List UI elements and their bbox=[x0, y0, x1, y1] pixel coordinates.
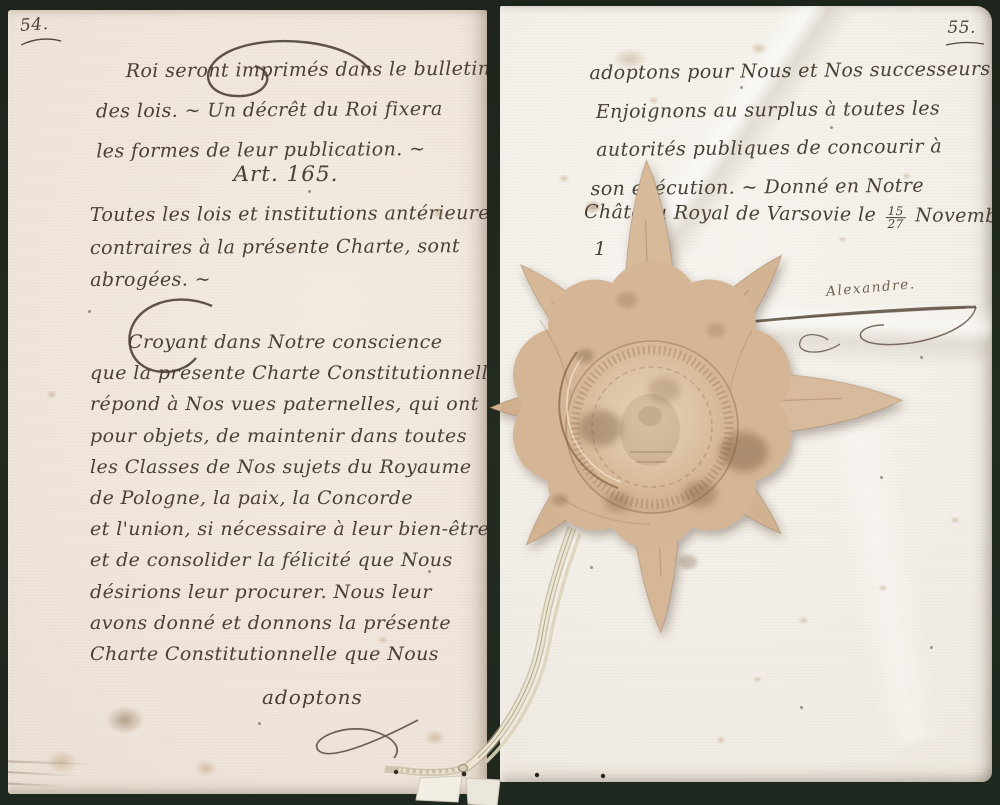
stain bbox=[838, 236, 847, 243]
manuscript-line: répond à Nos vues paternelles, qui ont bbox=[90, 389, 487, 420]
speck bbox=[800, 706, 803, 709]
left-paragraph-1: Roi seront imprimés dans le bulletin des… bbox=[96, 49, 487, 172]
page-number-right: 55. bbox=[947, 18, 976, 38]
manuscript-line: des lois. ~ Un décrêt du Roi fixera bbox=[96, 89, 487, 132]
speck bbox=[700, 526, 703, 529]
stain bbox=[950, 516, 960, 524]
right-paragraph: adoptons pour Nous et Nos successeurs. ~… bbox=[589, 50, 991, 208]
stain bbox=[753, 676, 762, 683]
manuscript-spread: 54. Roi seront imprimés dans le bulletin… bbox=[0, 0, 1000, 805]
date-new-style: 27 bbox=[885, 218, 905, 229]
stain bbox=[46, 390, 57, 399]
page-number-underline-flourish bbox=[19, 33, 64, 48]
stain bbox=[716, 736, 726, 744]
speck bbox=[258, 722, 261, 725]
date-prefix: Château Royal de Varsovie le bbox=[584, 201, 876, 226]
paper-crease bbox=[720, 402, 992, 769]
stain bbox=[798, 616, 809, 625]
paper-crease bbox=[554, 230, 992, 411]
left-page: 54. Roi seront imprimés dans le bulletin… bbox=[8, 10, 487, 794]
manuscript-line: avons donné et donnons la présente bbox=[90, 608, 487, 639]
date-month: Novembre bbox=[915, 204, 992, 227]
date-line: Château Royal de Varsovie le 15 27 Novem… bbox=[584, 201, 992, 230]
speck bbox=[590, 566, 593, 569]
stain bbox=[756, 286, 767, 295]
manuscript-line: les Classes de Nos sujets du Royaume bbox=[90, 452, 487, 483]
stain bbox=[106, 706, 144, 734]
stain bbox=[194, 760, 218, 777]
speck bbox=[930, 646, 933, 649]
manuscript-line: contraires à la présente Charte, sont bbox=[90, 229, 487, 264]
left-paragraph-2: Toutes les lois et institutions antérieu… bbox=[90, 197, 487, 297]
manuscript-line: désirions leur procurer. Nous leur bbox=[90, 577, 487, 608]
manuscript-line: Croyant dans Notre conscience bbox=[90, 327, 487, 358]
manuscript-line: abrogées. ~ bbox=[90, 262, 487, 297]
manuscript-line: de Pologne, la paix, la Concorde bbox=[90, 483, 487, 514]
speck bbox=[880, 476, 883, 479]
manuscript-line: que la présente Charte Constitutionnelle bbox=[90, 358, 487, 389]
sheet-edge-line bbox=[8, 771, 78, 777]
manuscript-line: pour objets, de maintenir dans toutes bbox=[90, 421, 487, 452]
page-number-right-text: 55. bbox=[947, 18, 976, 38]
closing-word-flourish-icon bbox=[306, 714, 431, 772]
stain bbox=[46, 750, 78, 774]
manuscript-line: Toutes les lois et institutions antérieu… bbox=[90, 197, 487, 232]
stain bbox=[424, 730, 446, 745]
article-heading: Art. 165. bbox=[96, 162, 476, 187]
stain bbox=[878, 584, 888, 592]
signature-alexandre: Alexandre. bbox=[825, 276, 916, 300]
page-number-left: 54. bbox=[19, 14, 49, 36]
manuscript-line: Charte Constitutionnelle que Nous bbox=[90, 639, 487, 670]
left-paragraph-3: Croyant dans Notre conscience que la pré… bbox=[90, 327, 487, 670]
page-number-underline-flourish bbox=[945, 38, 985, 48]
manuscript-line: adoptons pour Nous et Nos successeurs. ~ bbox=[589, 50, 989, 93]
date-fraction: 15 27 bbox=[885, 206, 905, 229]
manuscript-line: Enjoignons au surplus à toutes les bbox=[590, 88, 990, 131]
signature-flourish-icon bbox=[728, 298, 990, 370]
manuscript-line: et l'union, si nécessaire à leur bien-êt… bbox=[90, 514, 487, 545]
right-page: 55. adoptons pour Nous et Nos successeur… bbox=[500, 6, 992, 782]
manuscript-line: et de consolider la félicité que Nous bbox=[90, 545, 487, 576]
manuscript-line: autorités publiques de concourir à bbox=[590, 127, 990, 170]
speck bbox=[650, 306, 653, 309]
speck bbox=[308, 190, 311, 193]
speck bbox=[88, 310, 91, 313]
closing-word: adoptons bbox=[262, 685, 363, 709]
page-number-left-text: 54. bbox=[19, 14, 49, 36]
sheet-edge-line bbox=[8, 783, 63, 788]
manuscript-line: Roi seront imprimés dans le bulletin bbox=[96, 49, 487, 92]
sheet-edge-line bbox=[8, 760, 98, 765]
speck bbox=[920, 356, 923, 359]
partial-year: 1 bbox=[594, 238, 607, 260]
stain bbox=[558, 174, 570, 183]
